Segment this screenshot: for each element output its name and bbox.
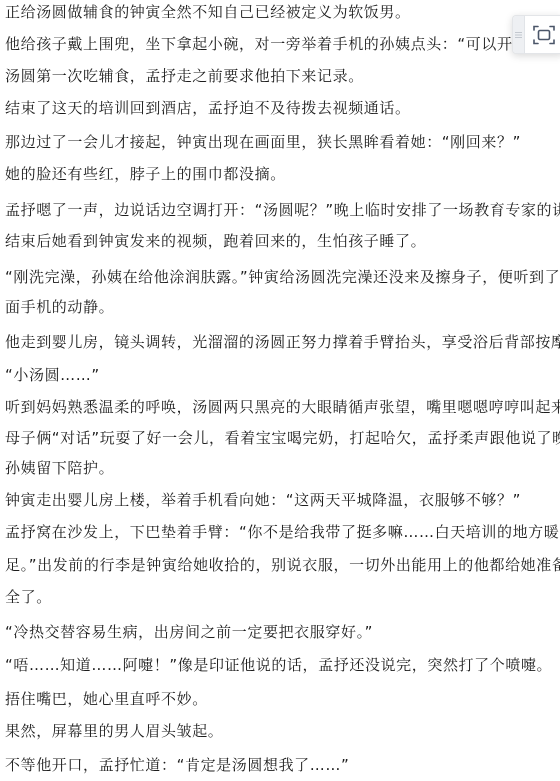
text-line: 他走到婴儿房，镜头调转，光溜溜的汤圆正努力撑着手臂抬头，享受浴后背部按摩。 — [5, 332, 560, 352]
text-line: 听到妈妈熟悉温柔的呼唤，汤圆两只黑亮的大眼睛循声张望，嘴里嗯嗯哼哼叫起来。 — [5, 397, 560, 417]
text-line: 那边过了一会儿才接起，钟寅出现在画面里，狭长黑眸看着她：“刚回来？” — [5, 132, 521, 152]
text-line: 结束了这天的培训回到酒店，孟抒迫不及待拨去视频通话。 — [5, 98, 411, 118]
text-line: 孙姨留下陪护。 — [5, 458, 114, 478]
text-line: “小汤圆……” — [5, 365, 100, 385]
text-line: 她的脸还有些红，脖子上的围巾都没摘。 — [5, 164, 286, 184]
text-line: 结束后她看到钟寅发来的视频，跑着回来的，生怕孩子睡了。 — [5, 231, 426, 251]
text-line: 果然，屏幕里的男人眉头皱起。 — [5, 721, 223, 741]
text-line: “刚洗完澡，孙姨在给他涂润肤露。”钟寅给汤圆洗完澡还没来及擦身子，便听到了外 — [5, 267, 560, 287]
document-page: 正给汤圆做辅食的钟寅全然不知自己已经被定义为软饭男。他给孩子戴上围兜，坐下拿起小… — [0, 0, 560, 781]
text-line: “冷热交替容易生病，出房间之前一定要把衣服穿好。” — [5, 622, 373, 642]
fullscreen-button[interactable] — [525, 16, 560, 53]
text-line: 正给汤圆做辅食的钟寅全然不知自己已经被定义为软饭男。 — [5, 2, 411, 22]
text-line: 足。”出发前的行李是钟寅给她收拾的，别说衣服，一切外出能用上的他都给她准备齐 — [5, 555, 560, 575]
text-line: 母子俩“对话”玩耍了好一会儿，看着宝宝喝完奶，打起哈欠，孟抒柔声跟他说了晚安。 — [5, 428, 560, 448]
text-line: 捂住嘴巴，她心里直呼不妙。 — [5, 689, 208, 709]
text-line: 汤圆第一次吃辅食，孟抒走之前要求他拍下来记录。 — [5, 66, 364, 86]
text-line: 不等他开口，孟抒忙道：“肯定是汤圆想我了……” — [5, 755, 349, 775]
text-line: 面手机的动静。 — [5, 297, 114, 317]
text-line: 钟寅走出婴儿房上楼，举着手机看向她：“这两天平城降温，衣服够不够？” — [5, 490, 521, 510]
text-line: “唔……知道……阿嚏！”像是印证他说的话，孟抒还没说完，突然打了个喷嚏。 — [5, 655, 552, 675]
widget-drag-handle[interactable] — [513, 16, 525, 53]
drag-handle-icon — [515, 31, 522, 39]
text-line: 他给孩子戴上围兜，坐下拿起小碗，对一旁举着手机的孙姨点头：“可以开始了。 — [5, 34, 559, 54]
fullscreen-icon — [533, 25, 555, 45]
text-line: 全了。 — [5, 587, 52, 607]
text-line: 孟抒窝在沙发上，下巴垫着手臂：“你不是给我带了挺多嘛……白天培训的地方暖气很 — [5, 522, 560, 542]
floating-toolbar — [512, 15, 560, 54]
text-line: 孟抒嗯了一声，边说话边空调打开：“汤圆呢？”晚上临时安排了一场教育专家的讲座， — [5, 200, 560, 220]
